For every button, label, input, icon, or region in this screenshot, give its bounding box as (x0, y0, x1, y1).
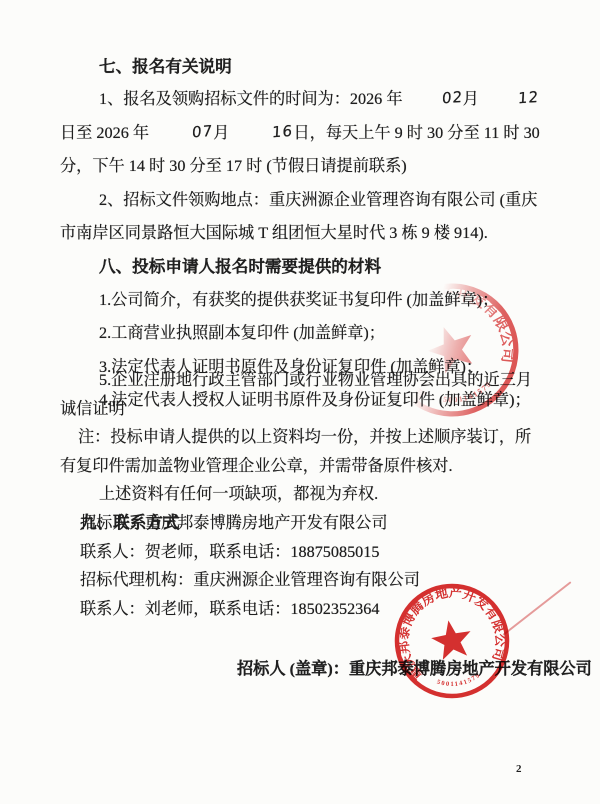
time-text: 1、报名及领购招标文件的时间为：2026 年 (99, 90, 403, 108)
contact-line-person-1: 联系人：贺老师，联系电话：18875085015 (60, 538, 544, 567)
star-icon (429, 617, 475, 661)
handwritten-day-1: 12 (478, 81, 540, 119)
handwritten-month-2: 07 (152, 115, 214, 153)
time-text-mid: 日至 2026 年 (60, 124, 153, 142)
materials-waiver: 上述资料有任何一项缺项，都视为弃权. (60, 480, 544, 509)
handwritten-day-2: 16 (233, 115, 295, 153)
contact-line-tenderer: 招标人：重庆邦泰博腾房地产开发有限公司 (60, 509, 544, 538)
company-seal-graphic: 重庆邦泰博腾房地产开发有限公司 5001141579 (360, 258, 545, 443)
page-number: 2 (516, 763, 522, 775)
signup-time-paragraph: 1、报名及领购招标文件的时间为：2026 年02月12日至 2026 年 07月… (60, 83, 544, 183)
company-seal: 重庆邦泰博腾房地产开发有限公司 5001141579 (380, 569, 524, 713)
star-icon (422, 319, 481, 376)
scanned-document-page: 七、报名有关说明 1、报名及领购招标文件的时间为：2026 年02月12日至 2… (0, 0, 600, 804)
month-unit-1: 月 (463, 90, 479, 108)
month-unit-2: 月 (213, 124, 233, 142)
section7-heading: 七、报名有关说明 (60, 50, 544, 83)
partial-company-seal: 重庆邦泰博腾房地产开发有限公司 5001141579 (380, 278, 524, 422)
signup-location-paragraph: 2、招标文件领购地点：重庆洲源企业管理咨询有限公司 (重庆市南岸区同景路恒大国际… (60, 184, 544, 251)
materials-note: 注：投标申请人提供的以上资料均一份，并按上述顺序装订，所有复印件需加盖物业管理企… (60, 423, 544, 480)
handwritten-month-1: 02 (402, 81, 464, 119)
